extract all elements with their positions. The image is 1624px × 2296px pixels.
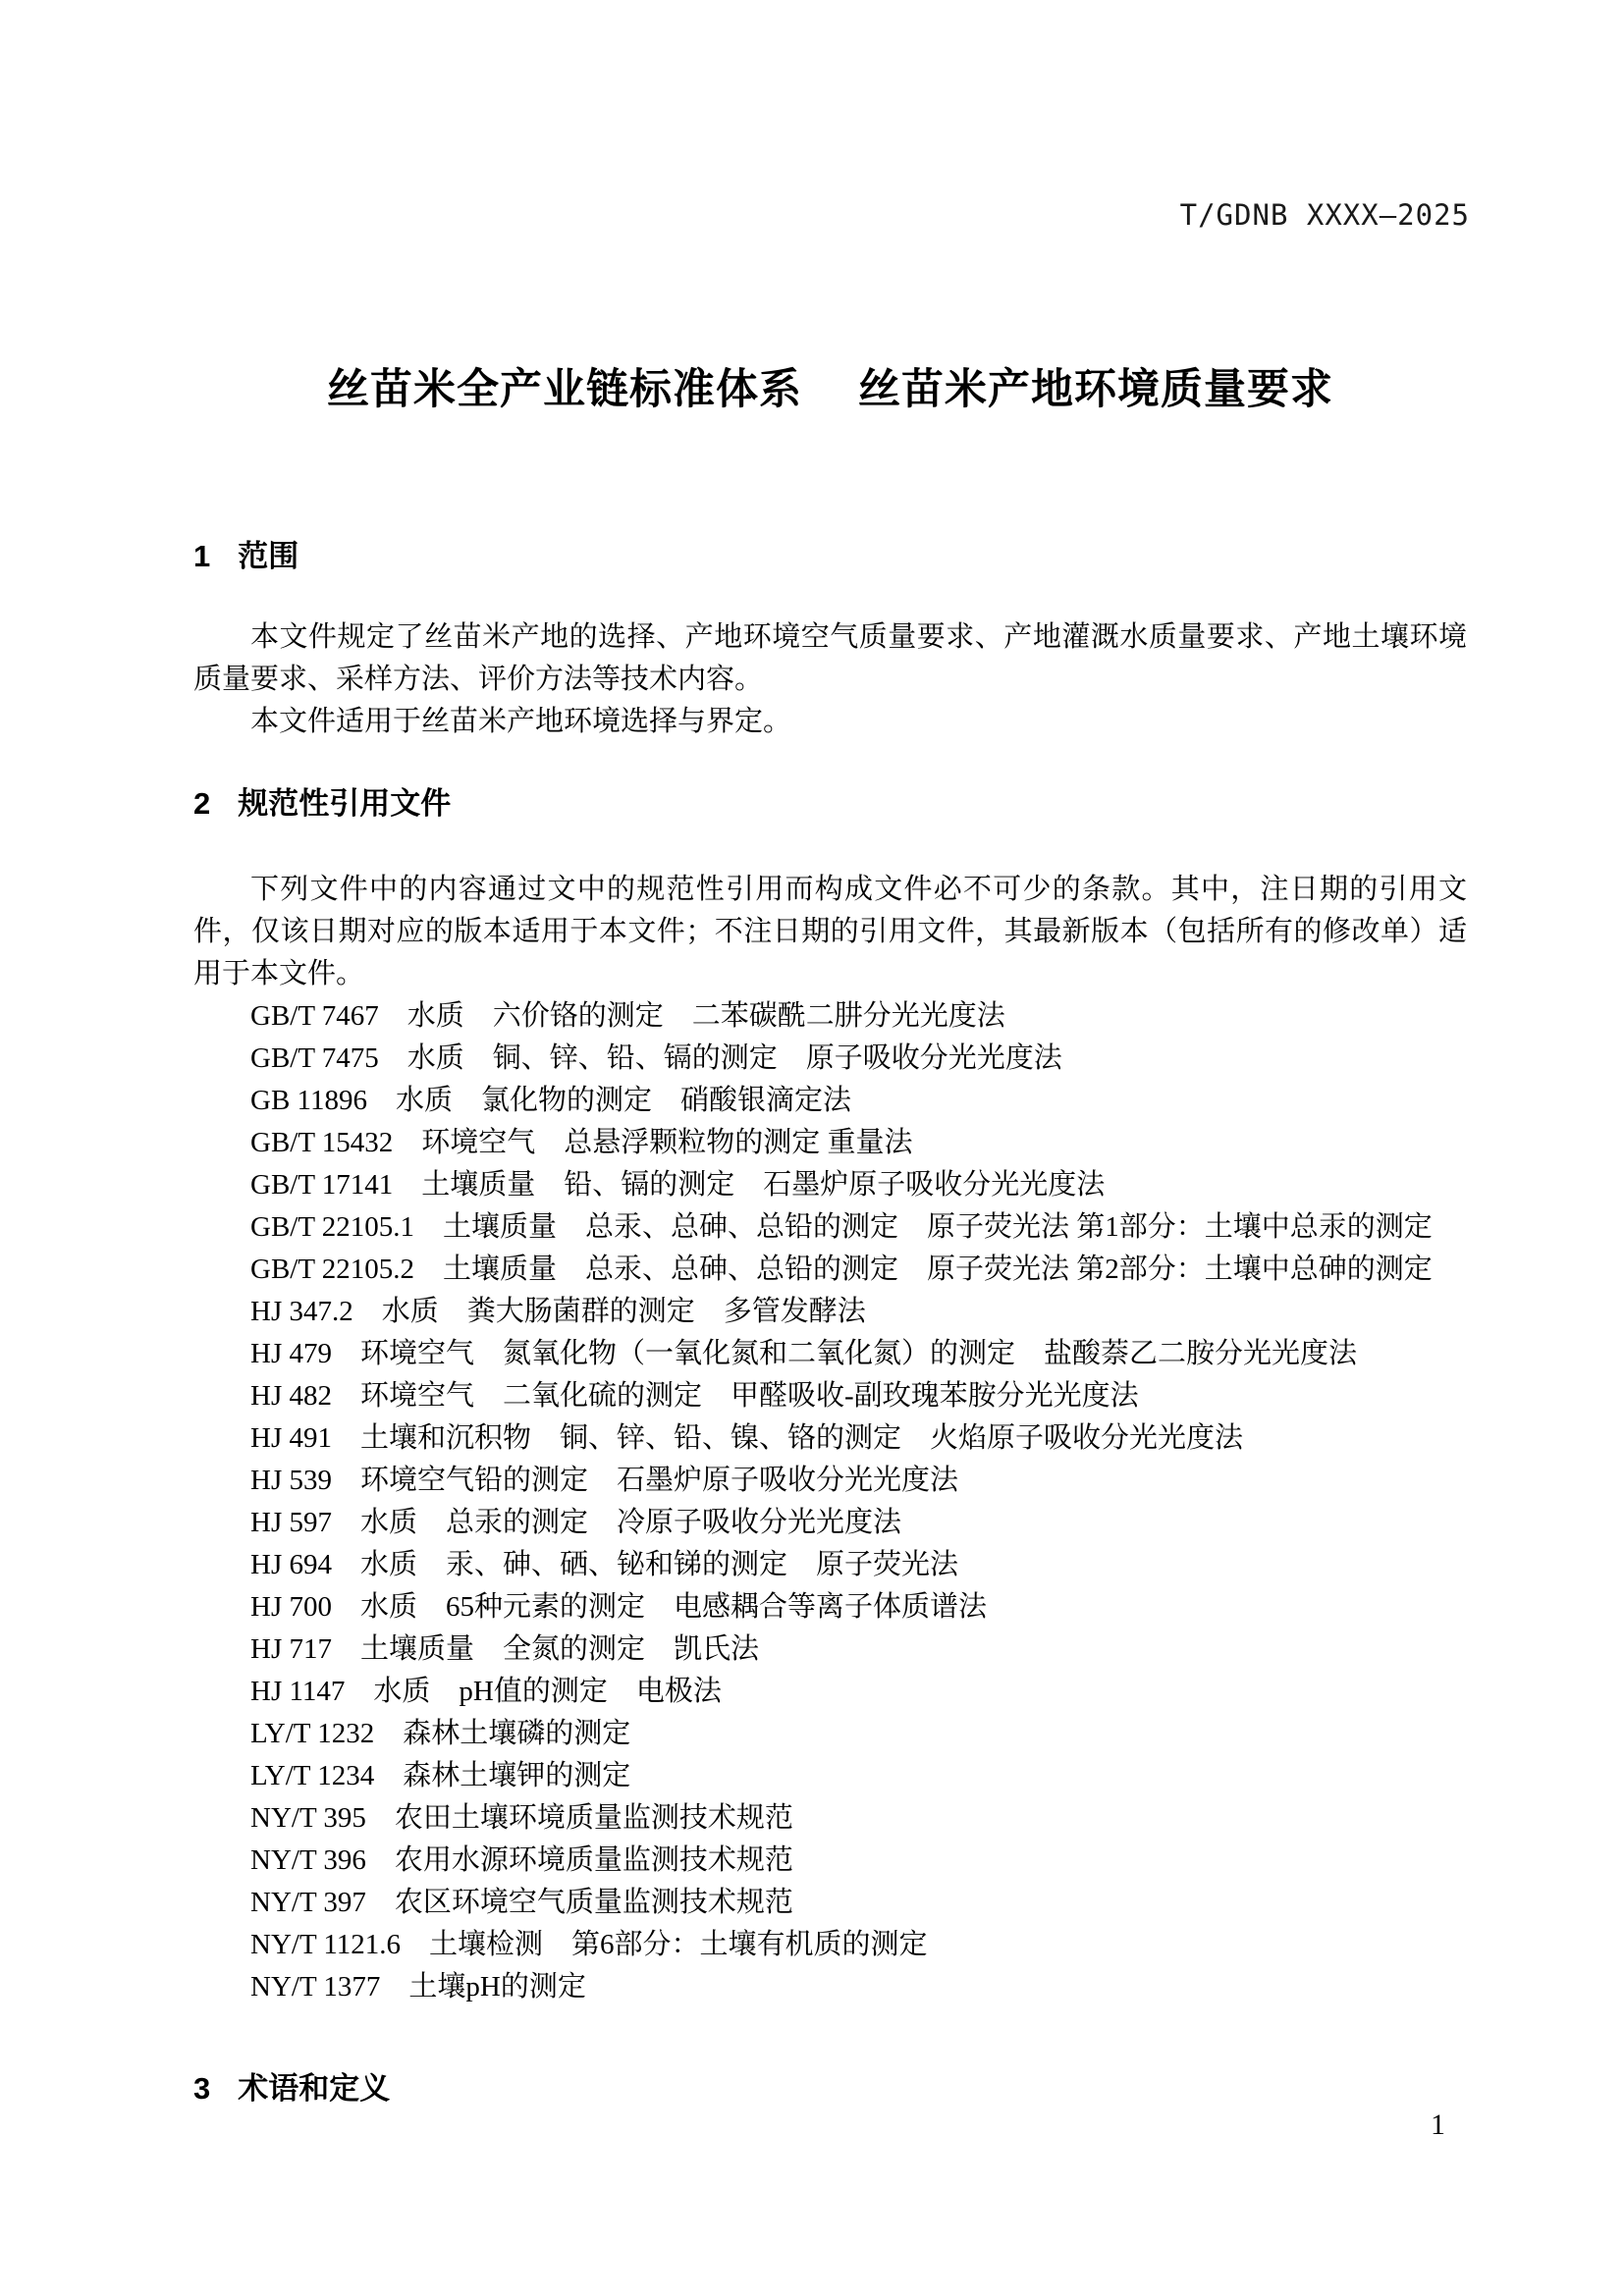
reference-item: NY/T 1121.6 土壤检测 第6部分：土壤有机质的测定	[193, 1924, 1467, 1966]
reference-item: GB/T 22105.2 土壤质量 总汞、总砷、总铅的测定 原子荧光法 第2部分…	[193, 1249, 1467, 1291]
section-1-title: 范围	[238, 539, 298, 573]
section-2-title: 规范性引用文件	[238, 786, 451, 821]
reference-item: HJ 700 水质 65种元素的测定 电感耦合等离子体质谱法	[193, 1586, 1467, 1629]
scope-paragraph-1: 本文件规定了丝苗米产地的选择、产地环境空气质量要求、产地灌溉水质量要求、产地土壤…	[193, 616, 1467, 701]
references-intro-paragraph: 下列文件中的内容通过文中的规范性引用而构成文件必不可少的条款。其中，注日期的引用…	[193, 869, 1467, 995]
section-1-heading: 1范围	[193, 535, 1467, 578]
section-2-number: 2	[193, 786, 210, 821]
page-number: 1	[1431, 2109, 1445, 2142]
reference-item: GB/T 17141 土壤质量 铅、镉的测定 石墨炉原子吸收分光光度法	[193, 1164, 1467, 1206]
reference-item: NY/T 396 农用水源环境质量监测技术规范	[193, 1840, 1467, 1882]
document-content: 丝苗米全产业链标准体系 丝苗米产地环境质量要求 1范围 本文件规定了丝苗米产地的…	[193, 0, 1467, 2110]
reference-item: HJ 539 环境空气铅的测定 石墨炉原子吸收分光光度法	[193, 1460, 1467, 1502]
section-3-heading: 3术语和定义	[193, 2067, 1467, 2110]
section-2-heading: 2规范性引用文件	[193, 782, 1467, 826]
reference-item: GB 11896 水质 氯化物的测定 硝酸银滴定法	[193, 1080, 1467, 1122]
document-page: T/GDNB XXXX—2025 丝苗米全产业链标准体系 丝苗米产地环境质量要求…	[0, 0, 1624, 2296]
reference-item: HJ 597 水质 总汞的测定 冷原子吸收分光光度法	[193, 1502, 1467, 1544]
reference-item: NY/T 395 农田土壤环境质量监测技术规范	[193, 1797, 1467, 1840]
section-3-title: 术语和定义	[238, 2071, 390, 2106]
reference-item: HJ 694 水质 汞、砷、硒、铋和锑的测定 原子荧光法	[193, 1544, 1467, 1586]
scope-paragraph-2: 本文件适用于丝苗米产地环境选择与界定。	[193, 701, 1467, 743]
reference-item: LY/T 1234 森林土壤钾的测定	[193, 1755, 1467, 1797]
reference-item: HJ 347.2 水质 粪大肠菌群的测定 多管发酵法	[193, 1291, 1467, 1333]
reference-item: HJ 717 土壤质量 全氮的测定 凯氏法	[193, 1629, 1467, 1671]
reference-item: GB/T 7467 水质 六价铬的测定 二苯碳酰二肼分光光度法	[193, 995, 1467, 1038]
reference-item: NY/T 397 农区环境空气质量监测技术规范	[193, 1882, 1467, 1924]
reference-item: LY/T 1232 森林土壤磷的测定	[193, 1713, 1467, 1755]
reference-item: HJ 1147 水质 pH值的测定 电极法	[193, 1671, 1467, 1713]
reference-item: HJ 491 土壤和沉积物 铜、锌、铅、镍、铬的测定 火焰原子吸收分光光度法	[193, 1417, 1467, 1460]
reference-item: HJ 482 环境空气 二氧化硫的测定 甲醛吸收-副玫瑰苯胺分光光度法	[193, 1375, 1467, 1417]
reference-item: GB/T 7475 水质 铜、锌、铅、镉的测定 原子吸收分光光度法	[193, 1038, 1467, 1080]
reference-item: GB/T 22105.1 土壤质量 总汞、总砷、总铅的测定 原子荧光法 第1部分…	[193, 1206, 1467, 1249]
section-1-number: 1	[193, 539, 210, 573]
reference-item: GB/T 15432 环境空气 总悬浮颗粒物的测定 重量法	[193, 1122, 1467, 1164]
document-title: 丝苗米全产业链标准体系 丝苗米产地环境质量要求	[193, 365, 1467, 414]
section-3-number: 3	[193, 2071, 210, 2106]
references-list: GB/T 7467 水质 六价铬的测定 二苯碳酰二肼分光光度法GB/T 7475…	[193, 995, 1467, 2008]
reference-item: NY/T 1377 土壤pH的测定	[193, 1966, 1467, 2008]
reference-item: HJ 479 环境空气 氮氧化物（一氧化氮和二氧化氮）的测定 盐酸萘乙二胺分光光…	[193, 1333, 1467, 1375]
